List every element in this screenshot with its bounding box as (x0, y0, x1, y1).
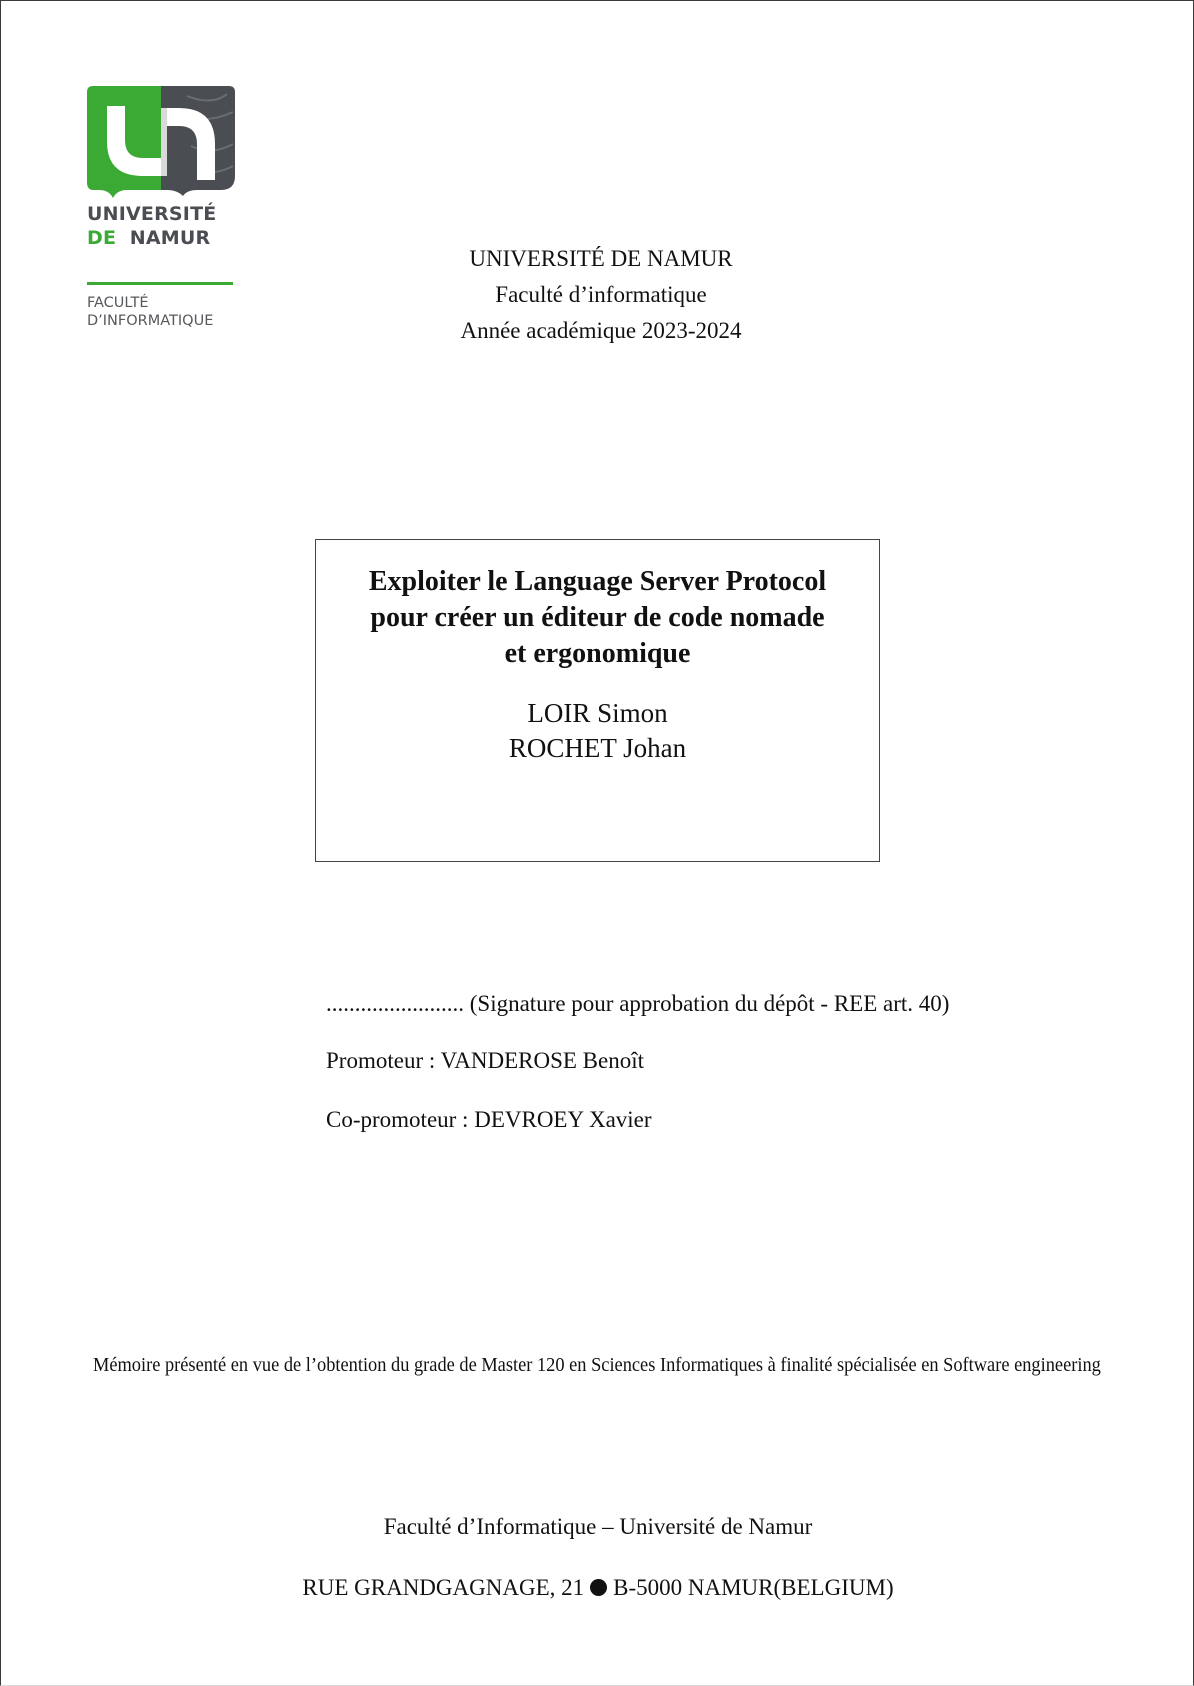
faculty-name: Faculté d’informatique (401, 277, 801, 313)
degree-statement: Mémoire présenté en vue de l’obtention d… (93, 1353, 1019, 1377)
signature-line: ........................ (Signature pour… (326, 990, 949, 1018)
signature-note: (Signature pour approbation du dépôt - R… (470, 991, 950, 1016)
author-name: ROCHET Johan (316, 731, 879, 766)
thesis-title-line: Exploiter le Language Server Protocol (324, 564, 871, 600)
authors: LOIR Simon ROCHET Johan (316, 696, 879, 766)
address-street: RUE GRANDGAGNAGE, 21 (302, 1575, 584, 1600)
copromoteur-line: Co-promoteur : DEVROEY Xavier (326, 1106, 652, 1134)
title-box: Exploiter le Language Server Protocol po… (315, 539, 880, 862)
thesis-title-line: et ergonomique (324, 636, 871, 672)
university-logo-mark-icon (87, 86, 235, 198)
logo-wordmark-namur: NAMUR (130, 227, 211, 249)
university-name: UNIVERSITÉ DE NAMUR (401, 241, 801, 277)
thesis-title-line: pour créer un éditeur de code nomade (324, 600, 871, 636)
bullet-icon (590, 1579, 607, 1596)
logo-divider (87, 282, 233, 285)
signature-dots: ........................ (326, 991, 464, 1016)
thesis-title: Exploiter le Language Server Protocol po… (316, 564, 879, 672)
footer-address: RUE GRANDGAGNAGE, 21B-5000 NAMUR(BELGIUM… (1, 1574, 1194, 1602)
promoteur-label: Promoteur : (326, 1048, 435, 1073)
promoteur-line: Promoteur : VANDEROSE Benoît (326, 1047, 644, 1075)
logo-faculty-line2: D’INFORMATIQUE (87, 312, 247, 330)
author-name: LOIR Simon (316, 696, 879, 731)
university-logo: UNIVERSITÉ DE NAMUR FACULTÉ D’INFORMATIQ… (87, 86, 235, 336)
footer-faculty: Faculté d’Informatique – Université de N… (1, 1513, 1194, 1541)
logo-faculty-line1: FACULTÉ (87, 294, 247, 312)
institution-header: UNIVERSITÉ DE NAMUR Faculté d’informatiq… (401, 241, 801, 349)
copromoteur-name: DEVROEY Xavier (474, 1107, 651, 1132)
address-city: B-5000 NAMUR(BELGIUM) (613, 1575, 893, 1600)
thesis-cover-page: UNIVERSITÉ DE NAMUR FACULTÉ D’INFORMATIQ… (0, 0, 1194, 1686)
logo-wordmark-de: DE (87, 227, 116, 249)
copromoteur-label: Co-promoteur : (326, 1107, 468, 1132)
academic-year: Année académique 2023-2024 (401, 313, 801, 349)
promoteur-name: VANDEROSE Benoît (441, 1048, 644, 1073)
logo-wordmark-line1: UNIVERSITÉ (87, 202, 235, 226)
logo-wordmark-line2: DE NAMUR (87, 226, 235, 250)
